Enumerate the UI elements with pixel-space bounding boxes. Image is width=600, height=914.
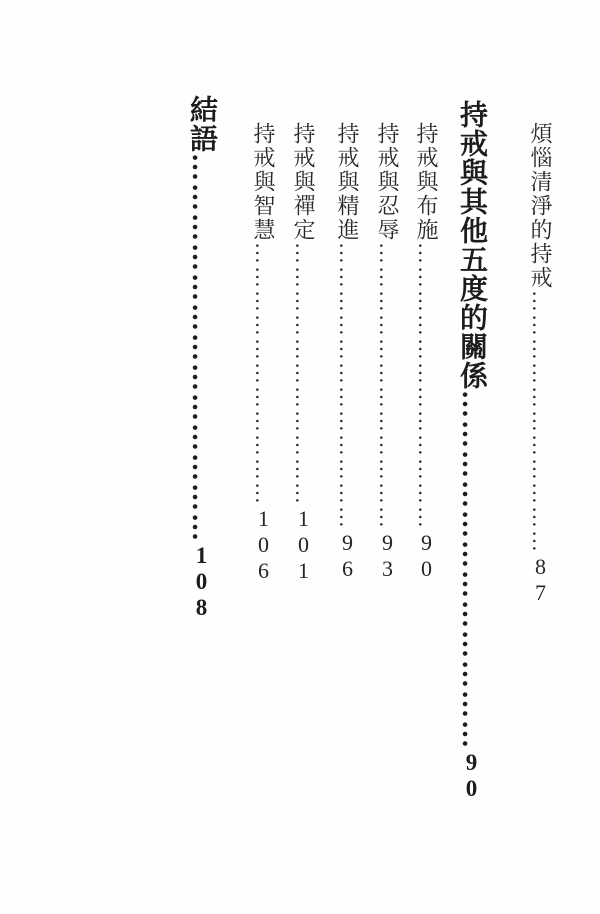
toc-entry-title: 煩惱清淨的持戒: [528, 122, 553, 290]
toc-dot-leader: ………………………………: [335, 242, 360, 530]
toc-dot-leader: ……………………………: [291, 242, 316, 506]
toc-page-number: 96: [335, 530, 360, 582]
toc-page-number: 90: [459, 750, 484, 802]
toc-entry: 持戒與忍辱………………………………93: [374, 0, 401, 914]
toc-dot-leader: ………………………………: [414, 242, 439, 530]
toc-entry-title: 持戒與其他五度的關係: [456, 100, 487, 390]
toc-entry: 持戒與其他五度的關係………………………………90: [455, 0, 487, 914]
toc-entry-title: 結語: [186, 95, 217, 153]
book-page: 煩惱清淨的持戒……………………………87 持戒與其他五度的關係…………………………: [0, 0, 600, 914]
toc-entry: 結語…………………………………108: [185, 0, 217, 914]
toc-page-number: 90: [414, 530, 439, 582]
toc-entry-title: 持戒與禪定: [291, 122, 316, 242]
toc-dot-leader: ……………………………: [528, 290, 553, 554]
toc-entry-title: 持戒與精進: [335, 122, 360, 242]
toc-dot-leader: …………………………………: [186, 153, 217, 543]
toc-page-number: 87: [528, 554, 553, 606]
toc-page-number: 93: [375, 530, 400, 582]
toc-entry: 煩惱清淨的持戒……………………………87: [527, 0, 554, 914]
toc-dot-leader: ……………………………: [251, 242, 276, 506]
toc-entry: 持戒與禪定……………………………101: [290, 0, 317, 914]
toc-entry: 持戒與智慧……………………………106: [250, 0, 277, 914]
toc-page-number: 106: [251, 506, 276, 584]
table-of-contents: 煩惱清淨的持戒……………………………87 持戒與其他五度的關係…………………………: [185, 0, 554, 914]
toc-page-number: 101: [291, 506, 316, 584]
toc-entry: 持戒與精進………………………………96: [334, 0, 361, 914]
toc-entry: 持戒與布施………………………………90: [413, 0, 440, 914]
toc-entry-title: 持戒與布施: [414, 122, 439, 242]
toc-entry-title: 持戒與智慧: [251, 122, 276, 242]
toc-dot-leader: ………………………………: [456, 390, 487, 750]
toc-page-number: 108: [189, 543, 214, 621]
toc-dot-leader: ………………………………: [375, 242, 400, 530]
toc-entry-title: 持戒與忍辱: [375, 122, 400, 242]
